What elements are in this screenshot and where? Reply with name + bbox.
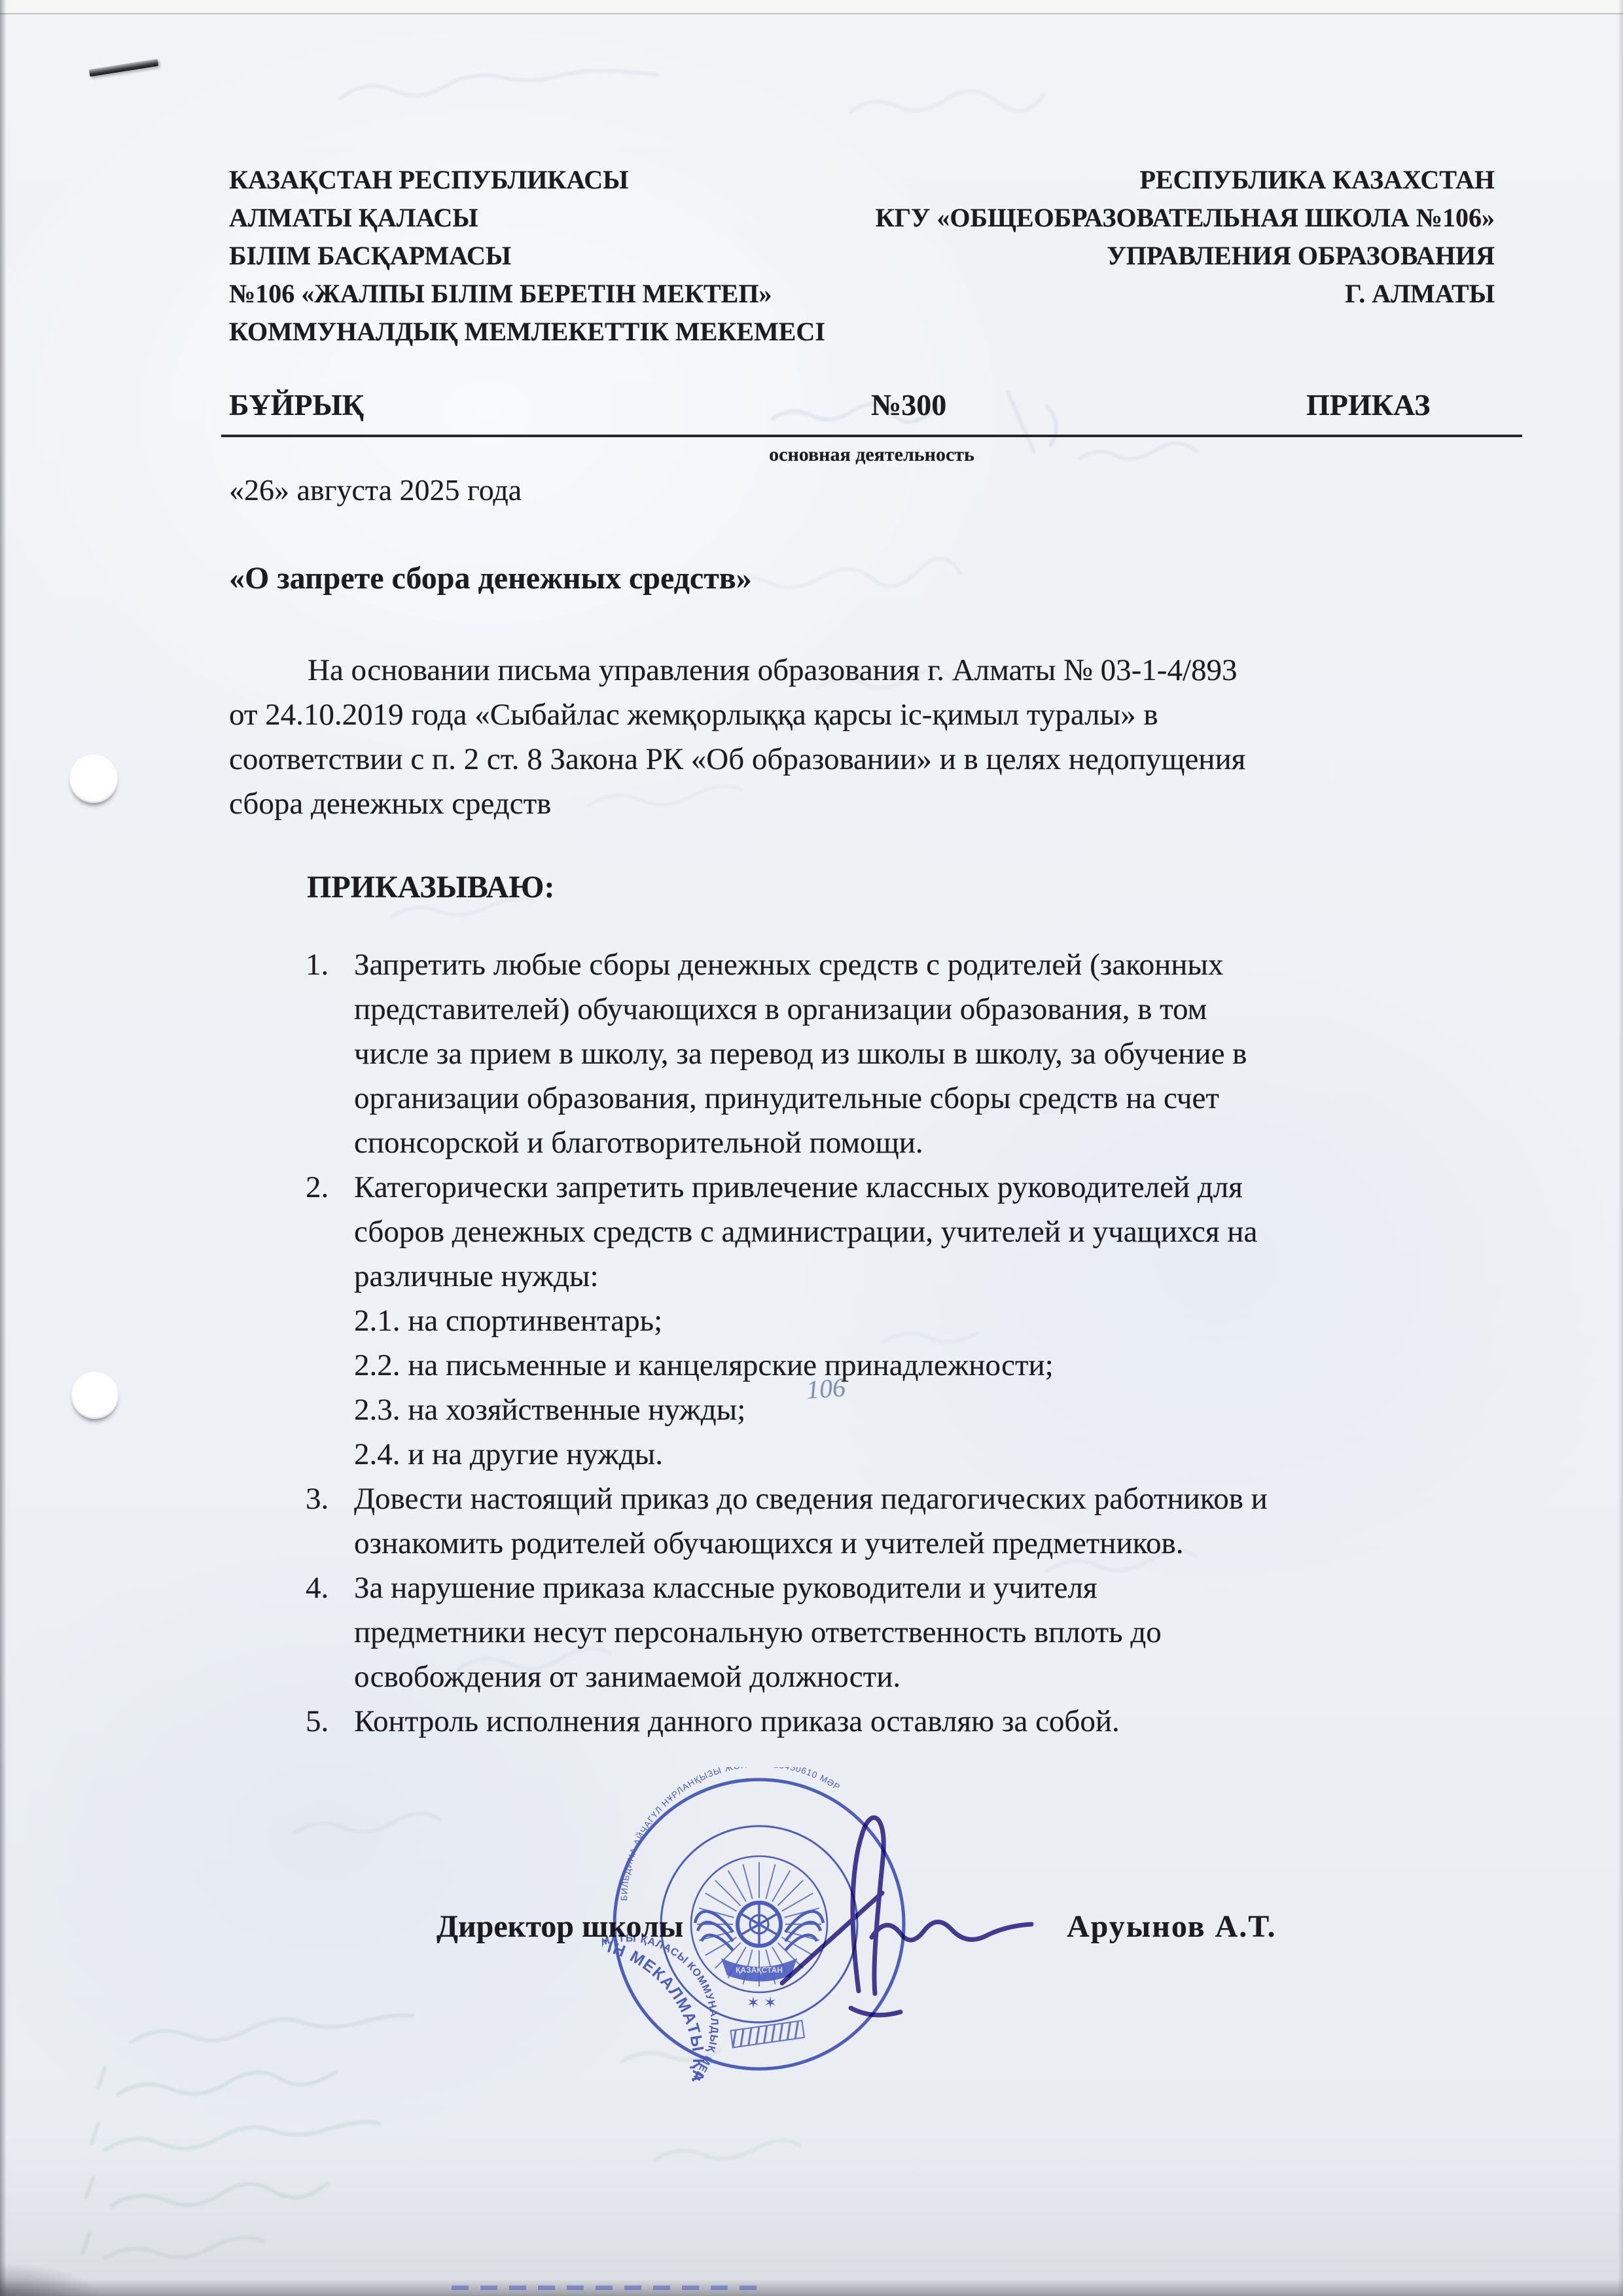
list-item: 1. Запретить любые сборы денежных средст…	[354, 942, 1268, 1165]
punch-hole-bottom	[71, 1372, 118, 1419]
list-item: 4. За нарушение приказа классные руковод…	[354, 1566, 1268, 1699]
bottom-edge-ink-marks	[452, 2286, 759, 2290]
scan-edge-bottom	[0, 2279, 1623, 2296]
order-activity-type: основная деятельность	[221, 444, 1522, 466]
director-signature-ink	[753, 1741, 1119, 2055]
list-subitem-line: 2.1. на спортинвентарь;	[354, 1299, 1268, 1343]
list-item-line: освобождения от занимаемой должности.	[354, 1655, 1268, 1699]
letterhead-ru-line: УПРАВЛЕНИЯ ОБРАЗОВАНИЯ	[876, 237, 1495, 275]
list-item: 5. Контроль исполнения данного приказа о…	[354, 1699, 1268, 1744]
list-item-line: предметники несут персональную ответстве…	[354, 1610, 1268, 1655]
list-item: 2. Категорически запретить привлечение к…	[354, 1165, 1268, 1477]
list-item-line: представителей) обучающихся в организаци…	[354, 987, 1268, 1031]
letterhead-kk-line: КОММУНАЛДЫҚ МЕМЛЕКЕТТІК МЕКЕМЕСІ	[229, 313, 825, 351]
list-item-number: 4.	[306, 1566, 329, 1610]
list-item-number: 1.	[306, 942, 329, 987]
order-date: «26» августа 2025 года	[229, 473, 522, 507]
list-item-line: Контроль исполнения данного приказа оста…	[354, 1699, 1268, 1744]
letterhead-kk-line: №106 «ЖАЛПЫ БІЛІМ БЕРЕТІН МЕКТЕП»	[229, 275, 825, 313]
directives-list: 1. Запретить любые сборы денежных средст…	[354, 942, 1268, 1744]
order-number: №300	[871, 387, 946, 422]
letterhead-russian: РЕСПУБЛИКА КАЗАХСТАН КГУ «ОБЩЕОБРАЗОВАТЕ…	[876, 161, 1495, 313]
preamble-paragraph: На основании письма управления образован…	[229, 648, 1245, 826]
resolution-heading: ПРИКАЗЫВАЮ:	[307, 869, 554, 905]
list-item-line: ознакомить родителей обучающихся и учите…	[354, 1521, 1268, 1566]
list-item-line: За нарушение приказа классные руководите…	[354, 1566, 1268, 1610]
list-item-number: 5.	[306, 1699, 329, 1744]
preamble-line: На основании письма управления образован…	[229, 648, 1245, 692]
list-item-number: 3.	[306, 1477, 329, 1521]
letterhead-kk-line: КАЗАҚСТАН РЕСПУБЛИКАСЫ	[229, 161, 825, 199]
letterhead-kk-line: АЛМАТЫ ҚАЛАСЫ	[229, 199, 825, 237]
list-item-line: числе за прием в школу, за перевод из шк…	[354, 1031, 1268, 1076]
scan-edge-left	[0, 0, 7, 2296]
letterhead-ru-line: РЕСПУБЛИКА КАЗАХСТАН	[876, 161, 1495, 199]
letterhead-ru-line: КГУ «ОБЩЕОБРАЗОВАТЕЛЬНАЯ ШКОЛА №106»	[876, 199, 1495, 237]
bleedthrough-number: 106	[805, 1372, 846, 1405]
scanned-order-document: КАЗАҚСТАН РЕСПУБЛИКАСЫ АЛМАТЫ ҚАЛАСЫ БІЛ…	[0, 0, 1623, 2296]
list-item-number: 2.	[306, 1165, 329, 1210]
list-item-line: сборов денежных средств с администрации,…	[354, 1210, 1268, 1254]
letterhead-kazakh: КАЗАҚСТАН РЕСПУБЛИКАСЫ АЛМАТЫ ҚАЛАСЫ БІЛ…	[229, 161, 825, 351]
list-item-line: спонсорской и благотворительной помощи.	[354, 1121, 1268, 1165]
scan-edge-top	[0, 0, 1623, 14]
scan-edge-right	[1618, 0, 1623, 2296]
preamble-line: сбора денежных средств	[229, 781, 1245, 826]
scan-corner-smudge	[0, 2251, 223, 2296]
header-divider-line	[221, 435, 1522, 437]
order-word-russian: ПРИКАЗ	[1306, 387, 1430, 422]
list-item-line: Довести настоящий приказ до сведения пед…	[354, 1477, 1268, 1521]
list-item-line: Запретить любые сборы денежных средств с…	[354, 942, 1268, 987]
letterhead-kk-line: БІЛІМ БАСҚАРМАСЫ	[229, 237, 825, 275]
letterhead-ru-line: Г. АЛМАТЫ	[876, 275, 1495, 313]
list-subitem-line: 2.4. и на другие нужды.	[354, 1432, 1268, 1477]
preamble-line: соответствии с п. 2 ст. 8 Закона РК «Об …	[229, 737, 1245, 781]
list-item-line: различные нужды:	[354, 1254, 1268, 1299]
list-item: 3. Довести настоящий приказ до сведения …	[354, 1477, 1268, 1566]
list-item-line: Категорически запретить привлечение клас…	[354, 1165, 1268, 1210]
punch-hole-top	[69, 755, 118, 803]
preamble-line: от 24.10.2019 года «Сыбайлас жемқорлыққа…	[229, 692, 1245, 737]
order-title: «О запрете сбора денежных средств»	[229, 560, 752, 596]
order-word-kazakh: БҰЙРЫҚ	[229, 387, 364, 422]
list-item-line: организации образования, принудительные …	[354, 1076, 1268, 1121]
